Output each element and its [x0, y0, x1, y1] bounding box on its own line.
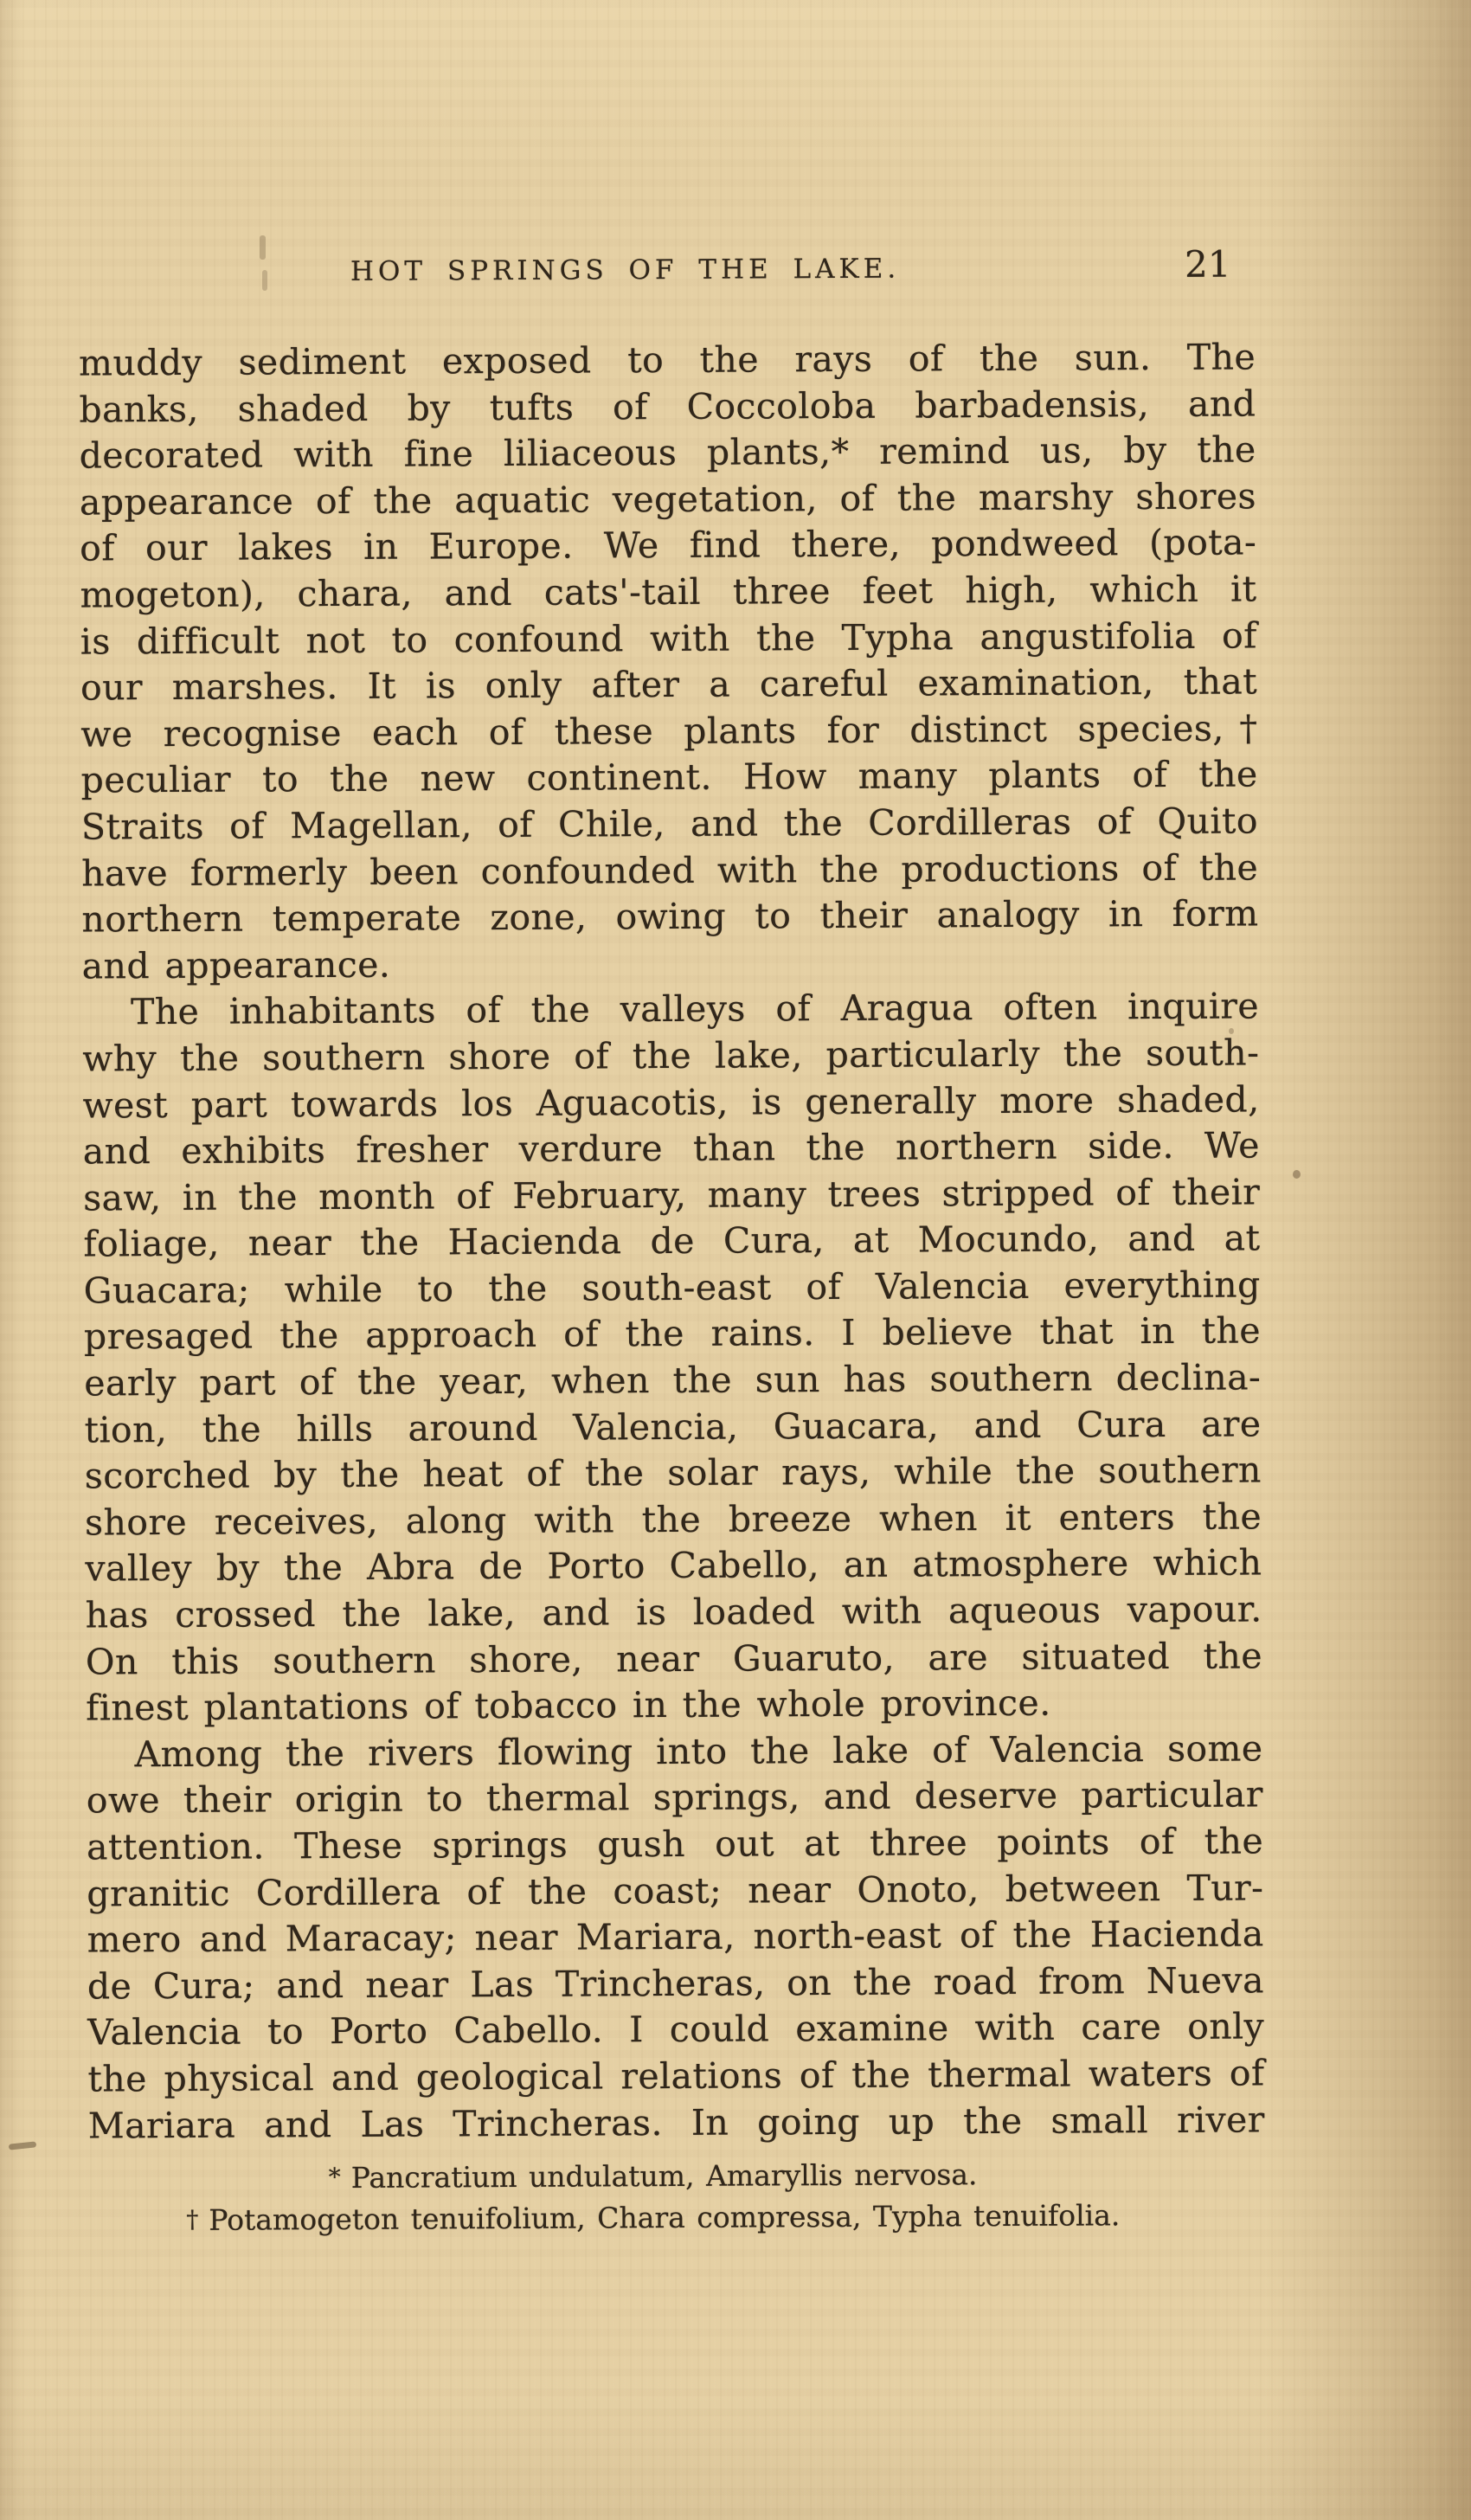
text-line: On this southern shore, near Guaruto, ar…: [86, 1633, 1262, 1686]
text-line: muddy sediment exposed to the rays of th…: [79, 334, 1256, 387]
text-line: Valencia to Porto Cabello. I could exami…: [87, 2004, 1264, 2057]
text-line: mogeton), chara, and cats'-tail three fe…: [80, 566, 1256, 619]
text-line: and exhibits fresher verdure than the no…: [83, 1123, 1260, 1176]
running-header: HOT SPRINGS OF THE LAKE. 21: [78, 242, 1255, 297]
text-line: presaged the approach of the rains. I be…: [84, 1308, 1261, 1361]
text-line: owe their origin to thermal springs, and…: [87, 1772, 1263, 1825]
text-line: west part towards los Aguacotis, is gene…: [82, 1077, 1259, 1129]
text-line: granitic Cordillera of the coast; near O…: [87, 1865, 1263, 1918]
text-line: appearance of the aquatic vegetation, of…: [80, 473, 1256, 526]
footnote-text: Pancratium undulatum, Amaryllis nervosa.: [351, 2157, 978, 2195]
text-line: our marshes. It is only after a careful …: [80, 659, 1257, 712]
footnote-1: *Pancratium undulatum, Amaryllis nervosa…: [88, 2152, 1217, 2200]
page-content: HOT SPRINGS OF THE LAKE. 21 muddy sedime…: [77, 0, 1267, 2520]
footnote-text: Potamogeton tenuifolium, Chara compressa…: [209, 2198, 1120, 2237]
page-number: 21: [1185, 243, 1231, 286]
text-line: has crossed the lake, and is loaded with…: [86, 1586, 1262, 1639]
text-line: have formerly been confounded with the p…: [81, 845, 1258, 897]
text-line: shore receives, along with the breeze wh…: [85, 1494, 1262, 1546]
text-line: decorated with fine liliaceous plants,* …: [80, 427, 1256, 480]
text-line: is difficult not to confound with the Ty…: [80, 613, 1257, 665]
text-line: The inhabitants of the valleys of Aragua…: [82, 984, 1259, 1037]
text-line: of our lakes in Europe. We find there, p…: [80, 520, 1256, 573]
text-line: banks, shaded by tufts of Coccoloba barb…: [79, 381, 1256, 434]
text-line: attention. These springs gush out at thr…: [87, 1818, 1263, 1871]
running-title: HOT SPRINGS OF THE LAKE.: [350, 254, 900, 287]
footnotes: *Pancratium undulatum, Amaryllis nervosa…: [88, 2151, 1265, 2240]
text-line: we recognise each of these plants for di…: [80, 705, 1257, 758]
text-line: and appearance.: [82, 937, 1259, 990]
ink-speck: [1293, 1170, 1301, 1179]
text-line: saw, in the month of February, many tree…: [83, 1169, 1260, 1222]
text-line: foliage, near the Hacienda de Cura, at M…: [83, 1216, 1260, 1269]
ink-speck: [9, 2141, 37, 2150]
text-line: Straits of Magellan, of Chile, and the C…: [81, 798, 1258, 851]
text-line: mero and Maracay; near Mariara, north-ea…: [87, 1912, 1263, 1964]
book-page: HOT SPRINGS OF THE LAKE. 21 muddy sedime…: [0, 0, 1471, 2520]
text-line: the physical and geological relations of…: [87, 2050, 1264, 2103]
text-line: Mariara and Las Trincheras. In going up …: [88, 2097, 1265, 2150]
footnote-2: †Potamogeton tenuifolium, Chara compress…: [88, 2194, 1217, 2241]
text-line: finest plantations of tobacco in the who…: [86, 1680, 1262, 1732]
text-line: northern temperate zone, owing to their …: [81, 891, 1258, 944]
text-line: peculiar to the new continent. How many …: [80, 752, 1257, 805]
text-line: de Cura; and near Las Trincheras, on the…: [87, 1957, 1264, 2010]
text-line: why the southern shore of the lake, part…: [82, 1030, 1259, 1083]
text-line: tion, the hills around Valencia, Guacara…: [84, 1401, 1261, 1454]
text-line: Among the rivers flowing into the lake o…: [86, 1726, 1262, 1778]
text-line: valley by the Abra de Porto Cabello, an …: [85, 1540, 1262, 1593]
footnote-marker-asterisk: *: [329, 2163, 341, 2191]
text-line: early part of the year, when the sun has…: [84, 1354, 1261, 1407]
text-line: Guacara; while to the south-east of Vale…: [84, 1262, 1261, 1315]
footnote-marker-dagger: †: [186, 2205, 198, 2234]
text-line: scorched by the heat of the solar rays, …: [85, 1448, 1262, 1501]
body-text: muddy sediment exposed to the rays of th…: [79, 334, 1265, 2149]
